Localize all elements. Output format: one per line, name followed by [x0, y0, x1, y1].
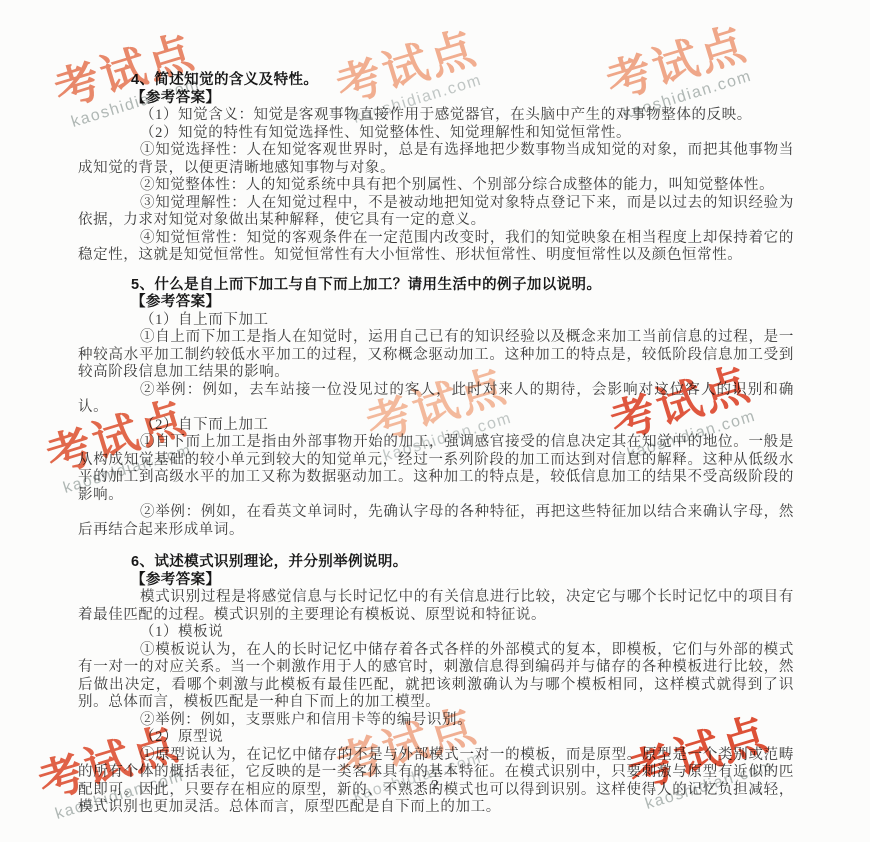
answer-label: 【参考答案】 — [78, 572, 794, 590]
answer-paragraph: ②知觉整体性：人的知觉系统中具有把个别属性、个别部分综合成整体的能力，叫知觉整体… — [78, 177, 794, 195]
answer-paragraph: ③知觉理解性：人在知觉过程中，不是被动地把知觉对象特点登记下来，而是以过去的知识… — [78, 195, 794, 230]
question-title: 4、简述知觉的含义及特性。 — [78, 72, 794, 90]
answer-paragraph: （2）自下而上加工 — [78, 417, 794, 435]
answer-label: 【参考答案】 — [78, 294, 794, 312]
answer-paragraph: （1）知觉含义：知觉是客观事物直接作用于感觉器官，在头脑中产生的对事物整体的反映… — [78, 107, 794, 125]
answer-paragraph: ①知觉选择性：人在知觉客观世界时，总是有选择地把少数事物当成知觉的对象，而把其他… — [78, 142, 794, 177]
document-body: 4、简述知觉的含义及特性。 【参考答案】 （1）知觉含义：知觉是客观事物直接作用… — [78, 72, 794, 817]
answer-label: 【参考答案】 — [78, 90, 794, 108]
answer-paragraph: ①模板说认为，在人的长时记忆中储存着各式各样的外部模式的复本，即模板，它们与外部… — [78, 642, 794, 712]
answer-paragraph: ②举例：例如，在看英文单词时，先确认字母的各种特征，再把这些特征加以结合来确认字… — [78, 504, 794, 539]
answer-paragraph: （2）知觉的特性有知觉选择性、知觉整体性、知觉理解性和知觉恒常性。 — [78, 125, 794, 143]
answer-paragraph: （1）模板说 — [78, 624, 794, 642]
answer-paragraph: 模式识别过程是将感觉信息与长时记忆中的有关信息进行比较，决定它与哪个长时记忆中的… — [78, 589, 794, 624]
answer-paragraph: ②举例：例如，支票账户和信用卡等的编号识别。 — [78, 712, 794, 730]
answer-paragraph: ①自下而上加工是指由外部事物开始的加工，强调感官接受的信息决定其在知觉中的地位。… — [78, 434, 794, 504]
section-question-4: 4、简述知觉的含义及特性。 【参考答案】 （1）知觉含义：知觉是客观事物直接作用… — [78, 72, 794, 265]
answer-paragraph: ④知觉恒常性：知觉的客观条件在一定范围内改变时，我们的知觉映象在相当程度上却保持… — [78, 230, 794, 265]
answer-paragraph: （2）原型说 — [78, 729, 794, 747]
answer-paragraph: ②举例：例如，去车站接一位没见过的客人，此时对来人的期待，会影响对这位客人的识别… — [78, 382, 794, 417]
page-number: 2 — [0, 778, 870, 794]
question-title: 6、试述模式识别理论，并分别举例说明。 — [78, 554, 794, 572]
question-title: 5、什么是自上而下加工与自下而上加工？请用生活中的例子加以说明。 — [78, 277, 794, 295]
document-page: 考试点 kaoshidian.com 考试点 kaoshidian.com 考试… — [0, 0, 870, 842]
answer-paragraph: ①自上而下加工是指人在知觉时，运用自己已有的知识经验以及概念来加工当前信息的过程… — [78, 329, 794, 382]
section-question-5: 5、什么是自上而下加工与自下而上加工？请用生活中的例子加以说明。 【参考答案】 … — [78, 277, 794, 540]
answer-paragraph: （1）自上而下加工 — [78, 312, 794, 330]
